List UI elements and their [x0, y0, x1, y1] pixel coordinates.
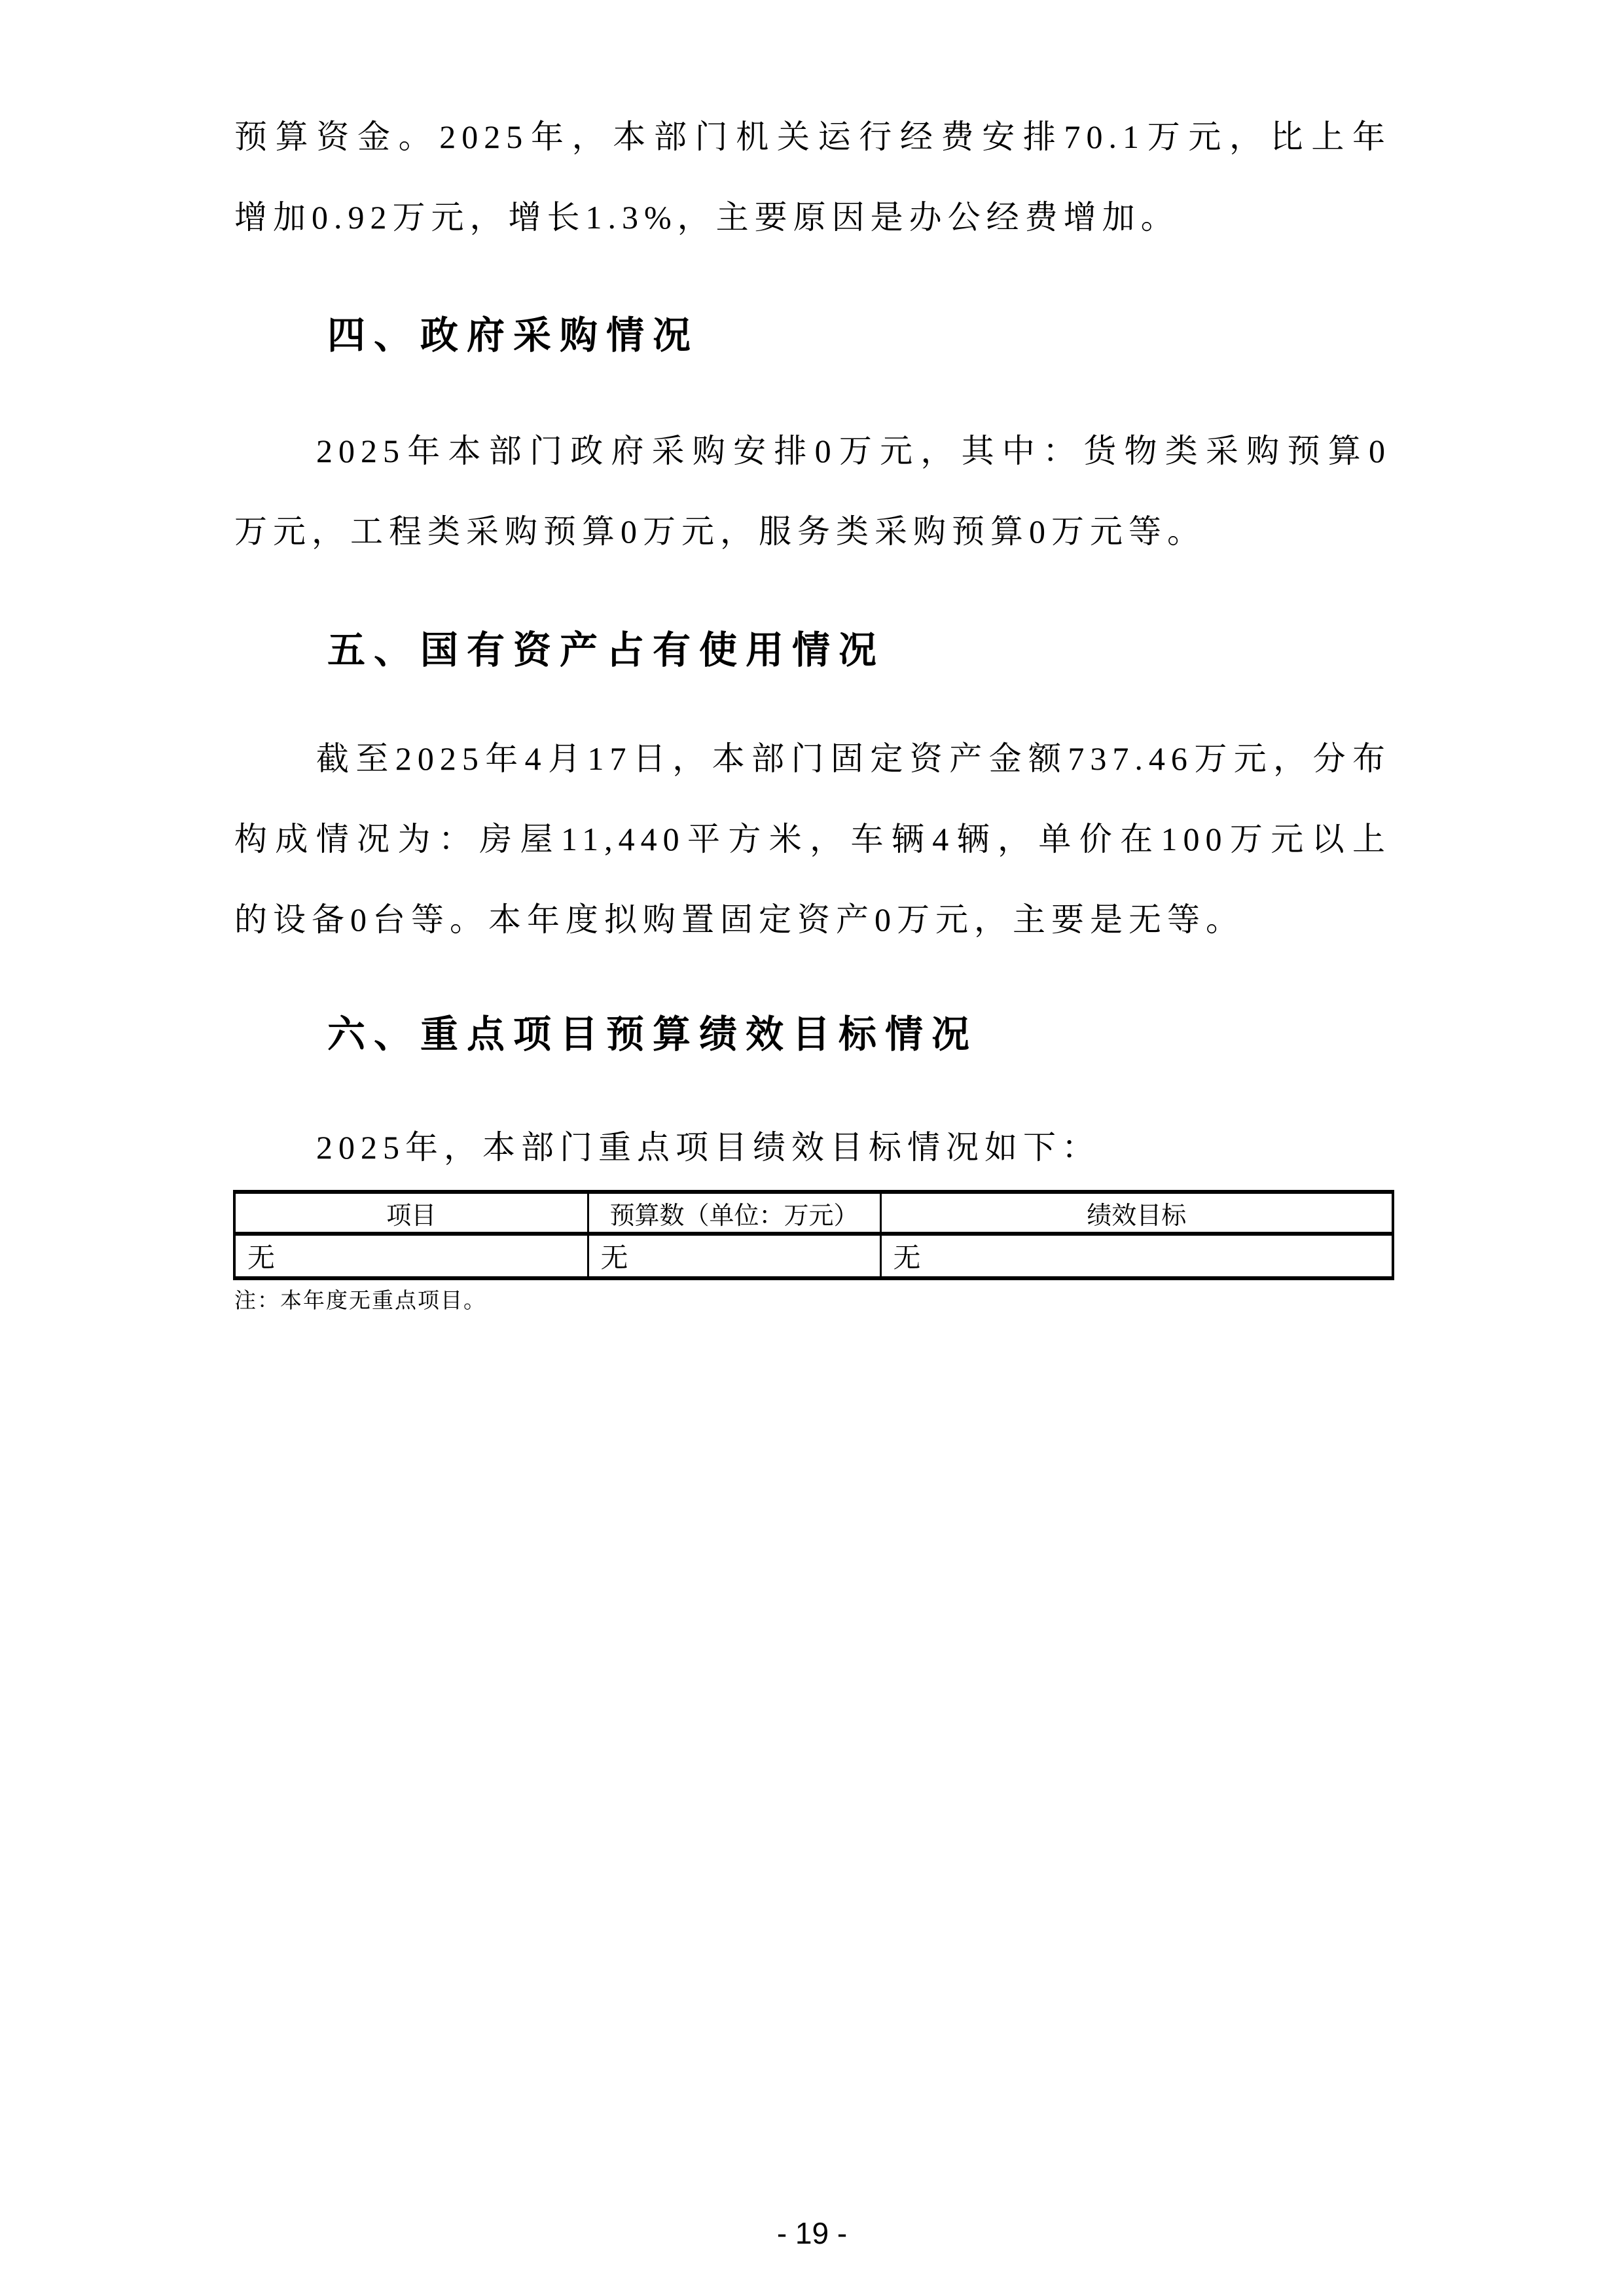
section-heading-key-projects: 六、重点项目预算绩效目标情况: [234, 994, 1391, 1075]
paragraph-line: 增加0.92万元，增长1.3%，主要原因是办公经费增加。: [234, 177, 1391, 258]
table-note: 注：本年度无重点项目。: [234, 1287, 486, 1316]
paragraph-line: 2025年，本部门重点项目绩效目标情况如下：: [234, 1107, 1391, 1188]
section-heading-government-procurement: 四、政府采购情况: [234, 295, 1391, 376]
section-heading-state-assets: 五、国有资产占有使用情况: [234, 610, 1391, 691]
table-header-project: 项目: [234, 1192, 588, 1234]
paragraph-key-projects-intro: 2025年，本部门重点项目绩效目标情况如下：: [234, 1107, 1391, 1188]
table-header-performance-target: 绩效目标: [880, 1192, 1393, 1234]
paragraph-government-procurement: 2025年本部门政府采购安排0万元，其中：货物类采购预算0 万元，工程类采购预算…: [234, 411, 1391, 572]
paragraph-line: 2025年本部门政府采购安排0万元，其中：货物类采购预算0: [234, 411, 1391, 492]
paragraph-line: 截至2025年4月17日，本部门固定资产金额737.46万元，分布: [234, 719, 1391, 799]
table-cell-budget: 无: [588, 1234, 880, 1278]
paragraph-operating-funds: 预算资金。2025年，本部门机关运行经费安排70.1万元，比上年 增加0.92万…: [234, 97, 1391, 258]
page-number: - 19 -: [0, 2215, 1624, 2251]
table-cell-performance-target: 无: [880, 1234, 1393, 1278]
paragraph-state-assets: 截至2025年4月17日，本部门固定资产金额737.46万元，分布 构成情况为：…: [234, 719, 1391, 960]
paragraph-line: 的设备0台等。本年度拟购置固定资产0万元，主要是无等。: [234, 880, 1391, 960]
paragraph-line: 预算资金。2025年，本部门机关运行经费安排70.1万元，比上年: [234, 97, 1391, 177]
table-header-row: 项目 预算数（单位：万元） 绩效目标: [234, 1192, 1393, 1234]
paragraph-line: 构成情况为：房屋11,440平方米，车辆4辆，单价在100万元以上: [234, 799, 1391, 880]
paragraph-line: 万元，工程类采购预算0万元，服务类采购预算0万元等。: [234, 492, 1391, 572]
key-projects-table: 项目 预算数（单位：万元） 绩效目标 无 无 无: [233, 1190, 1394, 1280]
table-header-budget: 预算数（单位：万元）: [588, 1192, 880, 1234]
table-cell-project: 无: [234, 1234, 588, 1278]
table-row: 无 无 无: [234, 1234, 1393, 1278]
document-page: 预算资金。2025年，本部门机关运行经费安排70.1万元，比上年 增加0.92万…: [0, 0, 1624, 2296]
